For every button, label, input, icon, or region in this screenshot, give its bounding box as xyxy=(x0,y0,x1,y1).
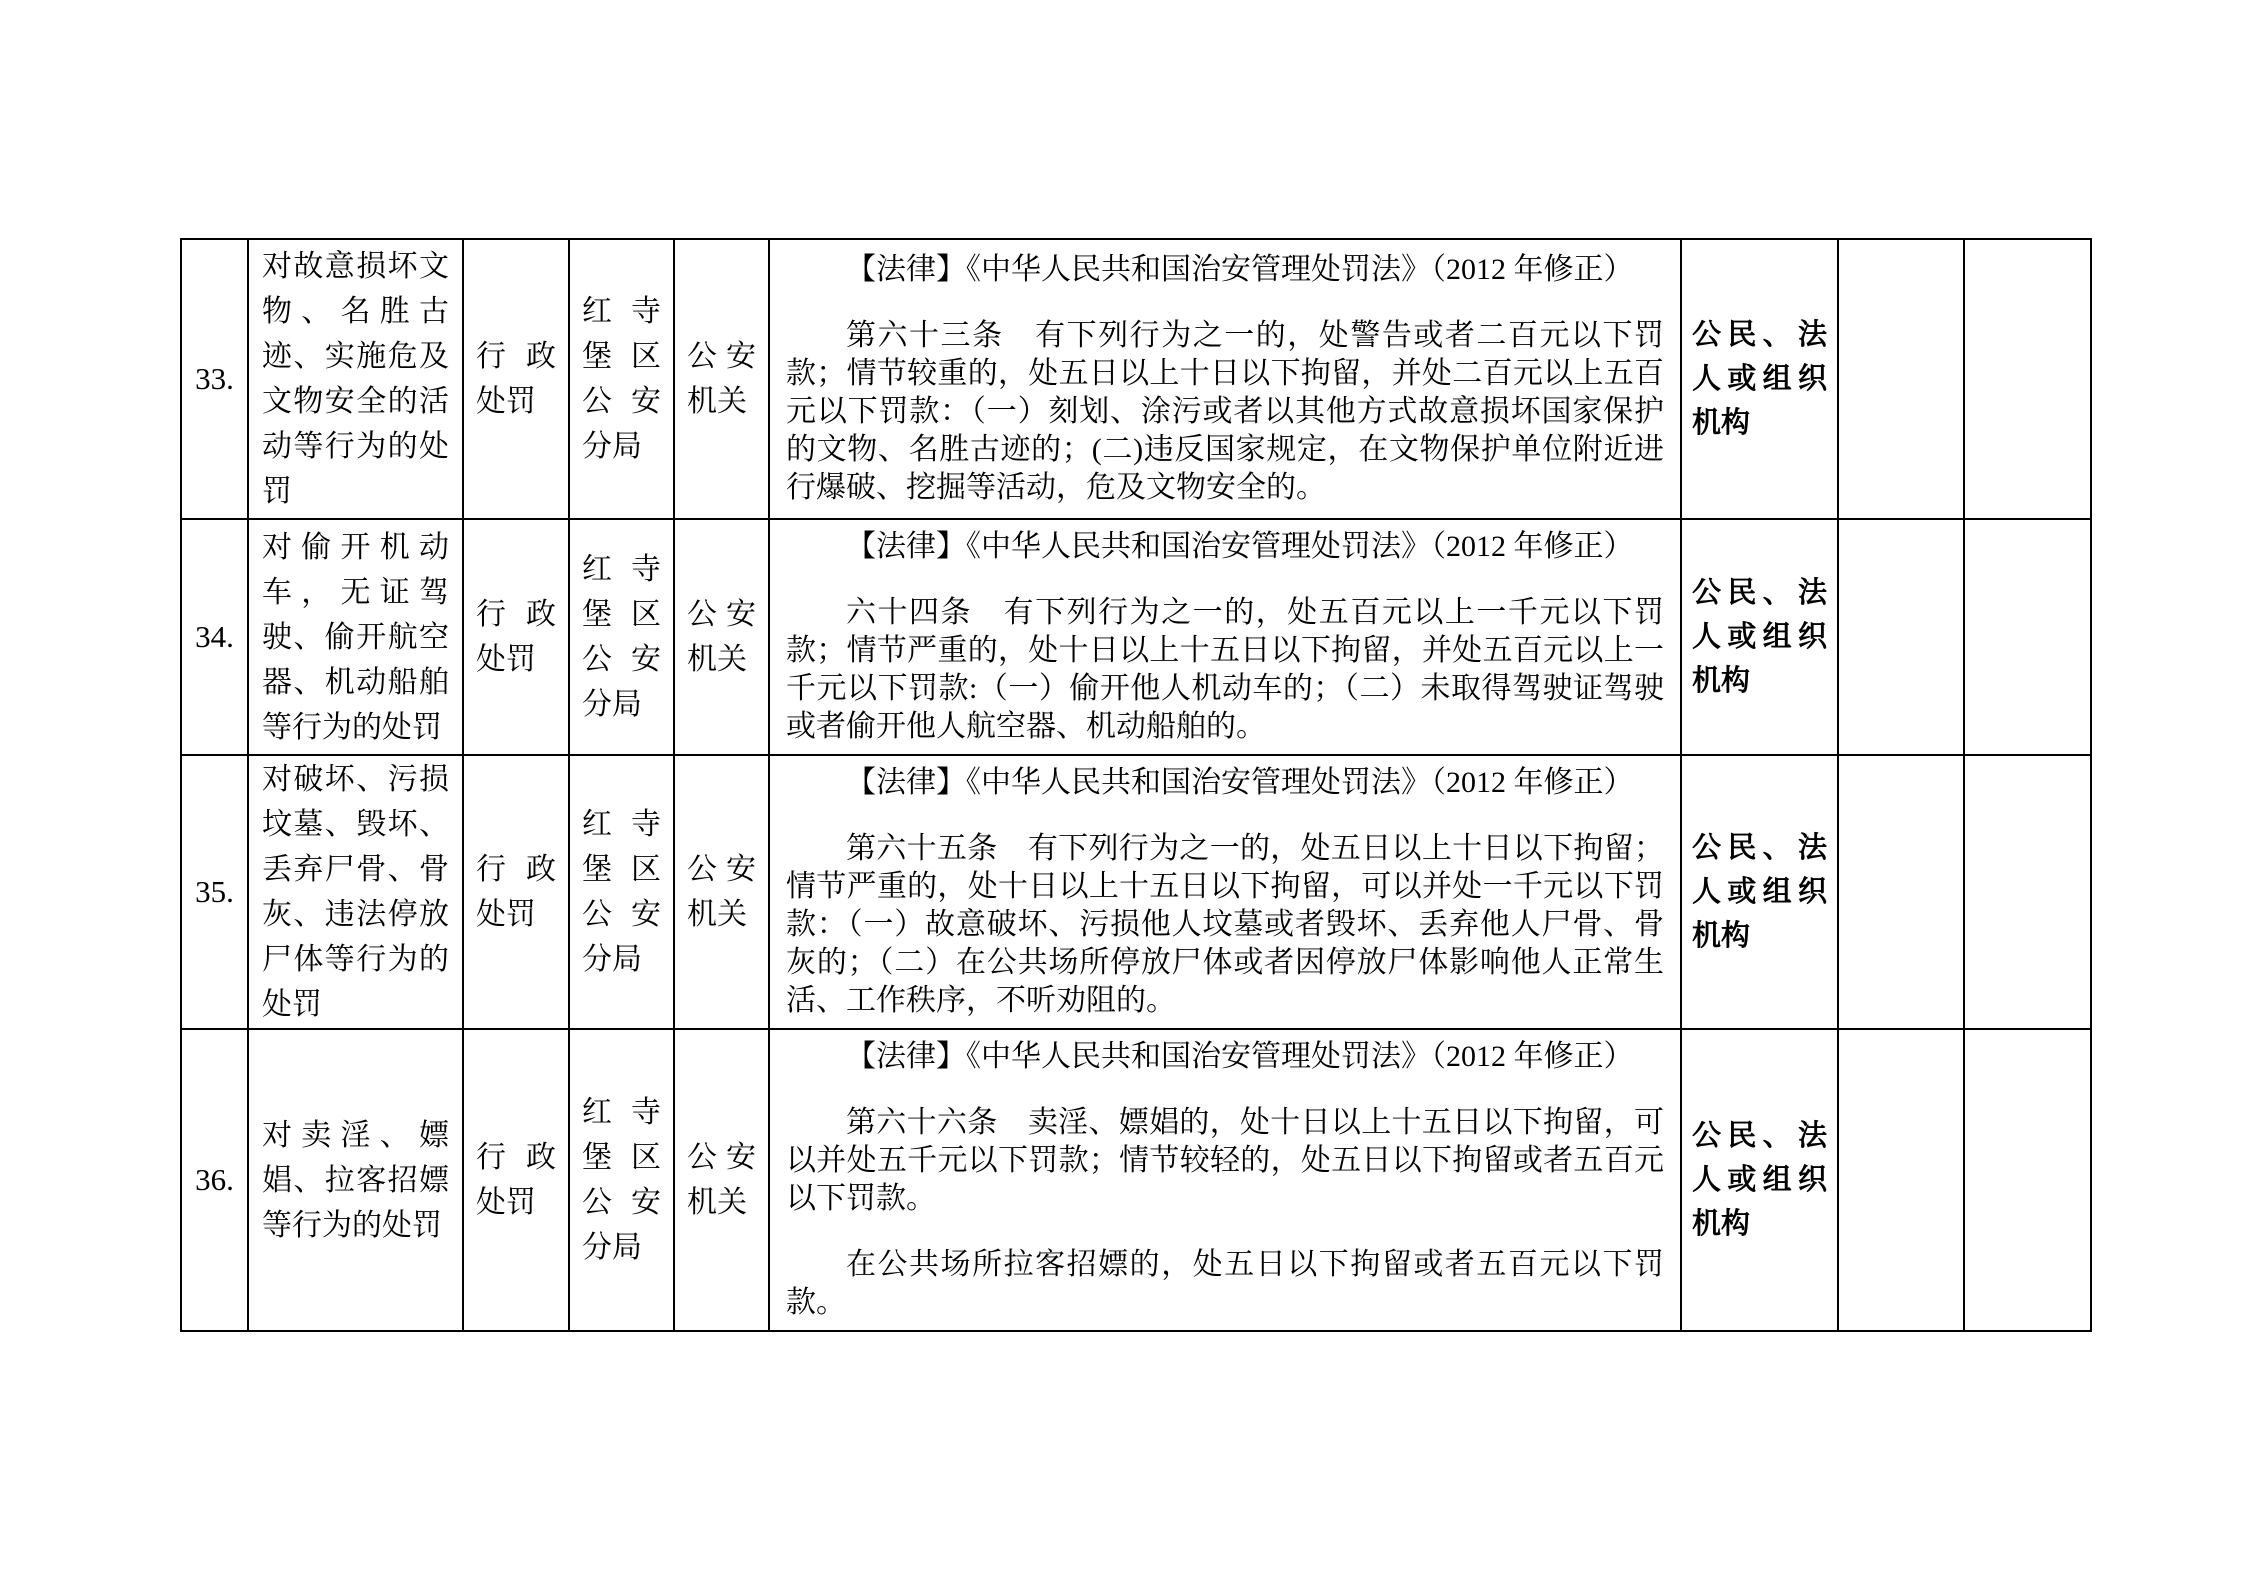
organ-type-cell: 公安机关 xyxy=(674,1029,769,1331)
empty-cell-1 xyxy=(1838,239,1964,519)
row-number: 35. xyxy=(195,874,234,909)
legal-basis-title: 【法律】《中华人民共和国治安管理处罚法》（2012 年修正） xyxy=(786,764,1664,802)
implementing-agency-cell: 红寺堡区公安分局 xyxy=(569,755,674,1029)
empty-cell-2 xyxy=(1964,1029,2091,1331)
legal-basis-title: 【法律】《中华人民共和国治安管理处罚法》（2012 年修正） xyxy=(786,251,1664,289)
empty-cell-1 xyxy=(1838,1029,1964,1331)
row-number: 34. xyxy=(195,619,234,654)
target-label: 公民、法人或组织机构 xyxy=(1692,319,1827,439)
implementing-agency-cell: 红寺堡区公安分局 xyxy=(569,1029,674,1331)
item-name-cell: 对破坏、污损坟墓、毁坏、丢弃尸骨、骨灰、违法停放尸体等行为的处罚 xyxy=(248,755,463,1029)
legal-basis-title: 【法律】《中华人民共和国治安管理处罚法》（2012 年修正） xyxy=(786,1038,1664,1076)
table-row: 35. 对破坏、污损坟墓、毁坏、丢弃尸骨、骨灰、违法停放尸体等行为的处罚 行政处… xyxy=(181,755,2091,1029)
legal-basis-paragraph: 第六十三条 有下列行为之一的，处警告或者二百元以下罚款；情节较重的，处五日以上十… xyxy=(786,317,1664,507)
organ-type-cell: 公安机关 xyxy=(674,239,769,519)
row-number: 33. xyxy=(195,361,234,396)
legal-basis-cell: 【法律】《中华人民共和国治安管理处罚法》（2012 年修正） 第六十五条 有下列… xyxy=(769,755,1681,1029)
legal-basis-paragraph: 在公共场所拉客招嫖的，处五日以下拘留或者五百元以下罚款。 xyxy=(786,1246,1664,1322)
legal-basis-cell: 【法律】《中华人民共和国治安管理处罚法》（2012 年修正） 第六十三条 有下列… xyxy=(769,239,1681,519)
legal-basis-paragraphs: 第六十三条 有下列行为之一的，处警告或者二百元以下罚款；情节较重的，处五日以上十… xyxy=(786,317,1664,507)
document-page: 33. 对故意损坏文物、名胜古迹、实施危及文物安全的活动等行为的处罚 行政处罚 … xyxy=(0,0,2245,1587)
target-label: 公民、法人或组织机构 xyxy=(1692,1120,1827,1240)
legal-basis-cell: 【法律】《中华人民共和国治安管理处罚法》（2012 年修正） 第六十六条 卖淫、… xyxy=(769,1029,1681,1331)
target-cell: 公民、法人或组织机构 xyxy=(1681,239,1838,519)
implementing-agency-cell: 红寺堡区公安分局 xyxy=(569,519,674,755)
penalty-type-cell: 行政处罚 xyxy=(463,1029,569,1331)
item-name-cell: 对卖淫、嫖娼、拉客招嫖等行为的处罚 xyxy=(248,1029,463,1331)
item-name-cell: 对故意损坏文物、名胜古迹、实施危及文物安全的活动等行为的处罚 xyxy=(248,239,463,519)
legal-basis-paragraph: 第六十六条 卖淫、嫖娼的，处十日以上十五日以下拘留，可以并处五千元以下罚款；情节… xyxy=(786,1104,1664,1218)
empty-cell-2 xyxy=(1964,519,2091,755)
legal-basis-title: 【法律】《中华人民共和国治安管理处罚法》（2012 年修正） xyxy=(786,528,1664,566)
item-name-cell: 对偷开机动车，无证驾驶、偷开航空器、机动船舶等行为的处罚 xyxy=(248,519,463,755)
organ-type: 公安机关 xyxy=(687,1141,756,1219)
penalty-type: 行政处罚 xyxy=(476,853,556,931)
organ-type: 公安机关 xyxy=(687,853,756,931)
row-number-cell: 34. xyxy=(181,519,248,755)
target-label: 公民、法人或组织机构 xyxy=(1692,832,1827,952)
legal-basis-paragraphs: 六十四条 有下列行为之一的，处五百元以上一千元以下罚款；情节严重的，处十日以上十… xyxy=(786,594,1664,746)
penalty-type-cell: 行政处罚 xyxy=(463,519,569,755)
table-row: 36. 对卖淫、嫖娼、拉客招嫖等行为的处罚 行政处罚 红寺堡区公安分局 公安机关… xyxy=(181,1029,2091,1331)
item-name: 对故意损坏文物、名胜古迹、实施危及文物安全的活动等行为的处罚 xyxy=(262,250,449,508)
row-number-cell: 35. xyxy=(181,755,248,1029)
legal-basis-paragraph: 六十四条 有下列行为之一的，处五百元以上一千元以下罚款；情节严重的，处十日以上十… xyxy=(786,594,1664,746)
legal-basis-cell: 【法律】《中华人民共和国治安管理处罚法》（2012 年修正） 六十四条 有下列行… xyxy=(769,519,1681,755)
empty-cell-2 xyxy=(1964,239,2091,519)
empty-cell-1 xyxy=(1838,755,1964,1029)
implementing-agency: 红寺堡区公安分局 xyxy=(582,295,661,463)
target-cell: 公民、法人或组织机构 xyxy=(1681,1029,1838,1331)
penalty-table-body: 33. 对故意损坏文物、名胜古迹、实施危及文物安全的活动等行为的处罚 行政处罚 … xyxy=(181,239,2091,1331)
penalty-type: 行政处罚 xyxy=(476,598,556,676)
penalty-type-cell: 行政处罚 xyxy=(463,755,569,1029)
item-name: 对卖淫、嫖娼、拉客招嫖等行为的处罚 xyxy=(262,1119,449,1242)
implementing-agency-cell: 红寺堡区公安分局 xyxy=(569,239,674,519)
implementing-agency: 红寺堡区公安分局 xyxy=(582,553,661,721)
row-number: 36. xyxy=(195,1162,234,1197)
penalty-type-cell: 行政处罚 xyxy=(463,239,569,519)
organ-type: 公安机关 xyxy=(687,598,756,676)
table-row: 34. 对偷开机动车，无证驾驶、偷开航空器、机动船舶等行为的处罚 行政处罚 红寺… xyxy=(181,519,2091,755)
implementing-agency: 红寺堡区公安分局 xyxy=(582,1096,661,1264)
penalty-table: 33. 对故意损坏文物、名胜古迹、实施危及文物安全的活动等行为的处罚 行政处罚 … xyxy=(180,238,2092,1332)
item-name: 对破坏、污损坟墓、毁坏、丢弃尸骨、骨灰、违法停放尸体等行为的处罚 xyxy=(262,763,449,1021)
penalty-type: 行政处罚 xyxy=(476,340,556,418)
row-number-cell: 33. xyxy=(181,239,248,519)
penalty-type: 行政处罚 xyxy=(476,1141,556,1219)
item-name: 对偷开机动车，无证驾驶、偷开航空器、机动船舶等行为的处罚 xyxy=(262,531,449,744)
implementing-agency: 红寺堡区公安分局 xyxy=(582,808,661,976)
empty-cell-1 xyxy=(1838,519,1964,755)
legal-basis-paragraphs: 第六十五条 有下列行为之一的，处五日以上十日以下拘留；情节严重的，处十日以上十五… xyxy=(786,830,1664,1020)
table-row: 33. 对故意损坏文物、名胜古迹、实施危及文物安全的活动等行为的处罚 行政处罚 … xyxy=(181,239,2091,519)
target-cell: 公民、法人或组织机构 xyxy=(1681,755,1838,1029)
row-number-cell: 36. xyxy=(181,1029,248,1331)
organ-type-cell: 公安机关 xyxy=(674,519,769,755)
target-cell: 公民、法人或组织机构 xyxy=(1681,519,1838,755)
target-label: 公民、法人或组织机构 xyxy=(1692,577,1827,697)
organ-type: 公安机关 xyxy=(687,340,756,418)
legal-basis-paragraphs: 第六十六条 卖淫、嫖娼的，处十日以上十五日以下拘留，可以并处五千元以下罚款；情节… xyxy=(786,1104,1664,1322)
legal-basis-paragraph: 第六十五条 有下列行为之一的，处五日以上十日以下拘留；情节严重的，处十日以上十五… xyxy=(786,830,1664,1020)
empty-cell-2 xyxy=(1964,755,2091,1029)
organ-type-cell: 公安机关 xyxy=(674,755,769,1029)
